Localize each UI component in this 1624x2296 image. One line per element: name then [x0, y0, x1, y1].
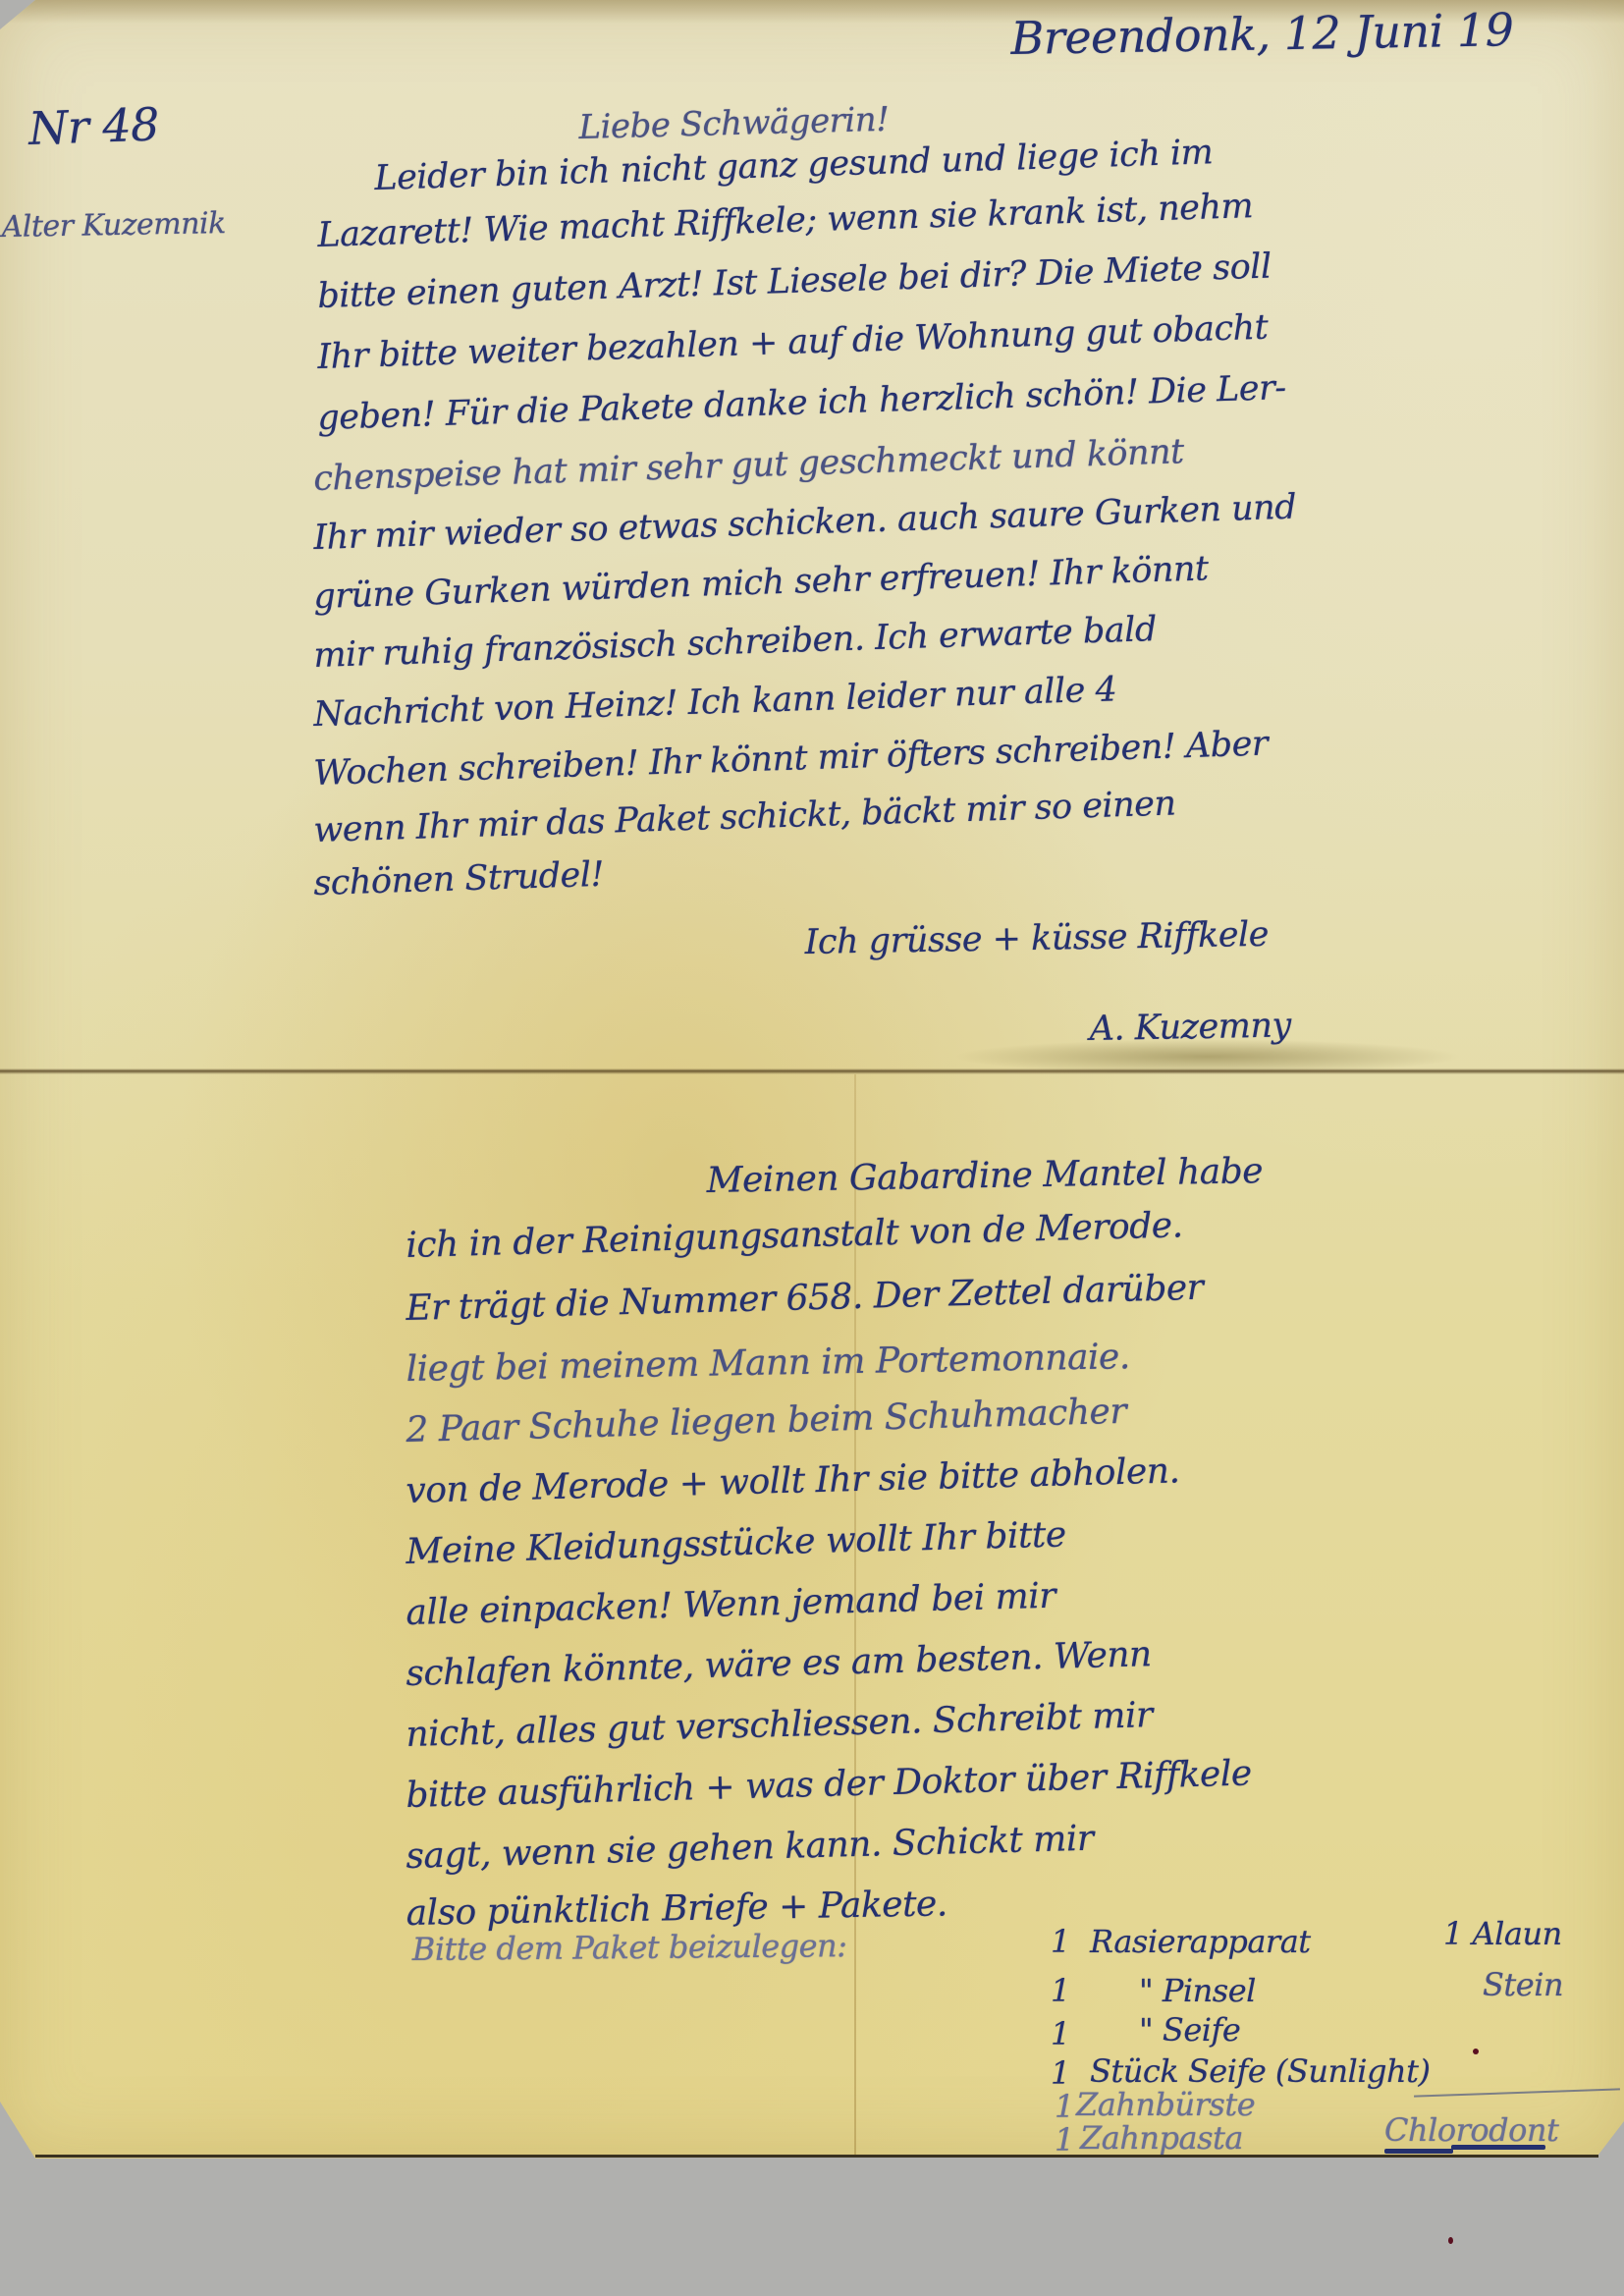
postscript-line: Meine Kleidungsstücke wollt Ihr bitte — [406, 1514, 1066, 1572]
parcel-item-name: Rasierapparat — [1090, 1923, 1311, 1960]
parcel-item-extra: 1 Alaun — [1443, 1915, 1562, 1952]
letter-line: chenspeise hat mir sehr gut geschmeckt u… — [313, 432, 1185, 499]
postscript-line: bitte ausführlich + was der Doktor über … — [406, 1753, 1252, 1816]
parcel-item-qty: 1 — [1051, 2054, 1070, 2092]
closing-line: Ich grüsse + küsse Riffkele — [804, 915, 1269, 962]
postscript-line: nicht, alles gut verschliessen. Schreibt… — [406, 1695, 1153, 1755]
postscript-line: ich in der Reinigungsanstalt von de Mero… — [406, 1205, 1183, 1266]
parcel-item-name: Stück Seife (Sunlight) — [1090, 2052, 1430, 2090]
letter-line: Nachricht von Heinz! Ich kann leider nur… — [313, 670, 1117, 735]
letter-line: grüne Gurken würden mich sehr erfreuen! … — [313, 549, 1209, 617]
parcel-item-name: Zahnpasta — [1080, 2119, 1243, 2157]
parcel-item-qty: 1 — [1055, 2121, 1074, 2159]
ink-underline — [1451, 2145, 1545, 2150]
parcel-item-extra: Stein — [1483, 1966, 1563, 2003]
parcel-item-qty: 1 — [1055, 2088, 1074, 2125]
postscript-line: Meinen Gabardine Mantel habe — [706, 1151, 1263, 1201]
letter-line: mir ruhig französisch schreiben. Ich erw… — [313, 610, 1158, 676]
margin-letter-number: Nr 48 — [27, 97, 160, 155]
letter-line: geben! Für die Pakete danke ich herzlich… — [317, 368, 1286, 438]
postscript-line: schlafen könnte, wäre es am besten. Wenn — [406, 1634, 1152, 1694]
letter-paper: Nr 48 Alter Kuzemnik Breendonk, 12 Juni … — [0, 0, 1624, 2159]
signature: A. Kuzemny — [1089, 1006, 1291, 1049]
horizontal-fold-crease — [0, 1068, 1624, 1074]
postscript-line: sagt, wenn sie gehen kann. Schickt mir — [406, 1819, 1094, 1877]
parcel-item-name: " Pinsel — [1139, 1972, 1256, 2009]
letter-line: schönen Strudel! — [313, 855, 605, 903]
parcel-intro: Bitte dem Paket beizulegen: — [412, 1927, 847, 1968]
salutation: Liebe Schwägerin! — [578, 100, 890, 147]
postscript-line: 2 Paar Schuhe liegen beim Schuhmacher — [406, 1392, 1127, 1450]
parcel-item-qty: 1 — [1051, 2015, 1070, 2052]
postscript-line: liegt bei meinem Mann im Portemonnaie. — [406, 1337, 1130, 1390]
letter-line: bitte einen guten Arzt! Ist Liesele bei … — [317, 246, 1272, 316]
parcel-item-extra: Chlorodont — [1384, 2111, 1558, 2149]
letter-line: Lazarett! Wie macht Riffkele; wenn sie k… — [317, 187, 1254, 255]
letter-line: Ihr mir wieder so etwas schicken. auch s… — [313, 488, 1297, 558]
letter-line: wenn Ihr mir das Paket schickt, bäckt mi… — [313, 784, 1176, 850]
margin-sender-name: Alter Kuzemnik — [1, 206, 226, 245]
postscript-line: Er trägt die Nummer 658. Der Zettel darü… — [406, 1268, 1204, 1329]
paper-bottom-edge — [35, 2155, 1598, 2158]
parcel-item-qty: 1 — [1051, 1923, 1070, 1960]
parcel-item-name: " Seife — [1139, 2011, 1240, 2049]
ink-spot — [1473, 2049, 1479, 2054]
place-and-date: Breendonk, 12 Juni 19 — [1010, 3, 1514, 65]
ink-underline — [1384, 2149, 1453, 2154]
scanner-speck — [1448, 2237, 1453, 2244]
letter-line: Ihr bitte weiter bezahlen + auf die Wohn… — [317, 308, 1269, 377]
postscript-line: von de Merode + wollt Ihr sie bitte abho… — [406, 1450, 1180, 1511]
parcel-item-name: Zahnbürste — [1076, 2086, 1255, 2123]
pencil-underline — [1414, 2088, 1620, 2097]
letter-line: Leider bin ich nicht ganz gesund und lie… — [374, 133, 1214, 198]
parcel-item-qty: 1 — [1051, 1972, 1070, 2009]
postscript-line: alle einpacken! Wenn jemand bei mir — [406, 1576, 1056, 1633]
letter-line: Wochen schreiben! Ihr könnt mir öfters s… — [313, 724, 1269, 793]
postscript-line: also pünktlich Briefe + Pakete. — [406, 1884, 947, 1934]
